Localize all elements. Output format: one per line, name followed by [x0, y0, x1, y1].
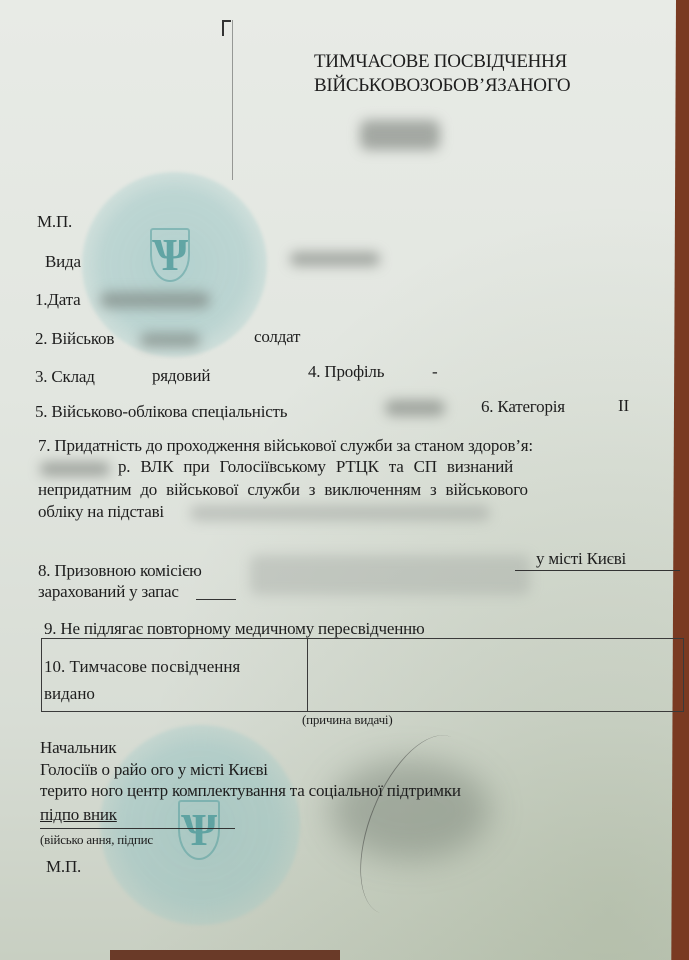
field-category-label: 6. Категорія — [481, 397, 565, 417]
redacted-issuer — [290, 252, 380, 266]
redacted-commission — [250, 555, 530, 595]
signatory-caption: (військо ання, підпис — [40, 832, 153, 848]
title-line-2: ВІЙСЬКОВОЗОБОВ’ЯЗАНОГО — [314, 74, 570, 98]
field-commission-label: 8. Призовною комісією — [38, 561, 202, 581]
field-fitness-line-4: обліку на підставі — [38, 502, 164, 522]
trident-emblem-bottom-icon: Ѱ — [178, 800, 220, 860]
field-date-label: 1.Дата — [35, 290, 80, 310]
redacted-basis — [190, 505, 490, 521]
corner-mark — [222, 20, 231, 36]
issued-label: Вида — [45, 252, 81, 272]
field-fitness-label: 7. Придатність до проходження військової… — [38, 436, 533, 456]
field-rank-label: 2. Військов — [35, 329, 114, 349]
redacted-specialty — [385, 400, 445, 416]
redacted-date — [100, 292, 210, 308]
signatory-rank: підпо вник — [40, 805, 117, 825]
redacted-rank-label — [140, 333, 200, 347]
city-underline — [515, 570, 680, 571]
title-line-1: ТИМЧАСОВЕ ПОСВІДЧЕННЯ — [314, 50, 570, 74]
field-composition-label: 3. Склад — [35, 367, 95, 387]
table-surface — [110, 950, 340, 960]
trident-emblem-icon: Ѱ — [150, 228, 190, 282]
field-profile-label: 4. Профіль — [308, 362, 384, 382]
rank-underline — [40, 828, 235, 829]
issue-reason-label-line-2: видано — [44, 680, 307, 707]
reason-caption: (причина видачі) — [302, 712, 392, 728]
field-profile-value: - — [432, 362, 437, 382]
field-commission-city: у місті Києві — [536, 549, 626, 569]
signatory-office: Голосіїв о райо ого у місті Києві — [40, 760, 268, 780]
field-specialty-label: 5. Військово-облікова спеціальність — [35, 402, 287, 422]
mp-top: М.П. — [37, 212, 72, 232]
redacted-number — [360, 120, 440, 150]
field-fitness-line-2: р. ВЛК при Голосіївському РТЦК та СП виз… — [118, 457, 513, 477]
field-category-value: II — [618, 396, 629, 416]
field-reserve-label: зарахований у запас — [38, 582, 179, 602]
mp-bottom: М.П. — [46, 857, 81, 877]
signatory-center: терито ного центр комплектування та соці… — [40, 781, 461, 801]
issue-reason-label: 10. Тимчасове посвідчення видано — [42, 639, 308, 711]
fold-line — [232, 20, 233, 180]
issue-reason-table: 10. Тимчасове посвідчення видано — [41, 638, 684, 712]
field-rank-value: солдат — [254, 327, 300, 347]
issue-reason-label-line-1: 10. Тимчасове посвідчення — [44, 653, 307, 680]
field-composition-value: рядовий — [152, 366, 210, 386]
document-title: ТИМЧАСОВЕ ПОСВІДЧЕННЯ ВІЙСЬКОВОЗОБОВ’ЯЗА… — [314, 50, 570, 98]
issue-reason-value — [308, 639, 683, 711]
signatory-title: Начальник — [40, 738, 116, 758]
reserve-underline — [196, 599, 236, 600]
field-no-recert: 9. Не підлягає повторному медичному пере… — [44, 619, 425, 639]
redacted-vlk-date — [40, 462, 110, 476]
field-fitness-line-3: непридатним до військової служби з виклю… — [38, 480, 528, 500]
